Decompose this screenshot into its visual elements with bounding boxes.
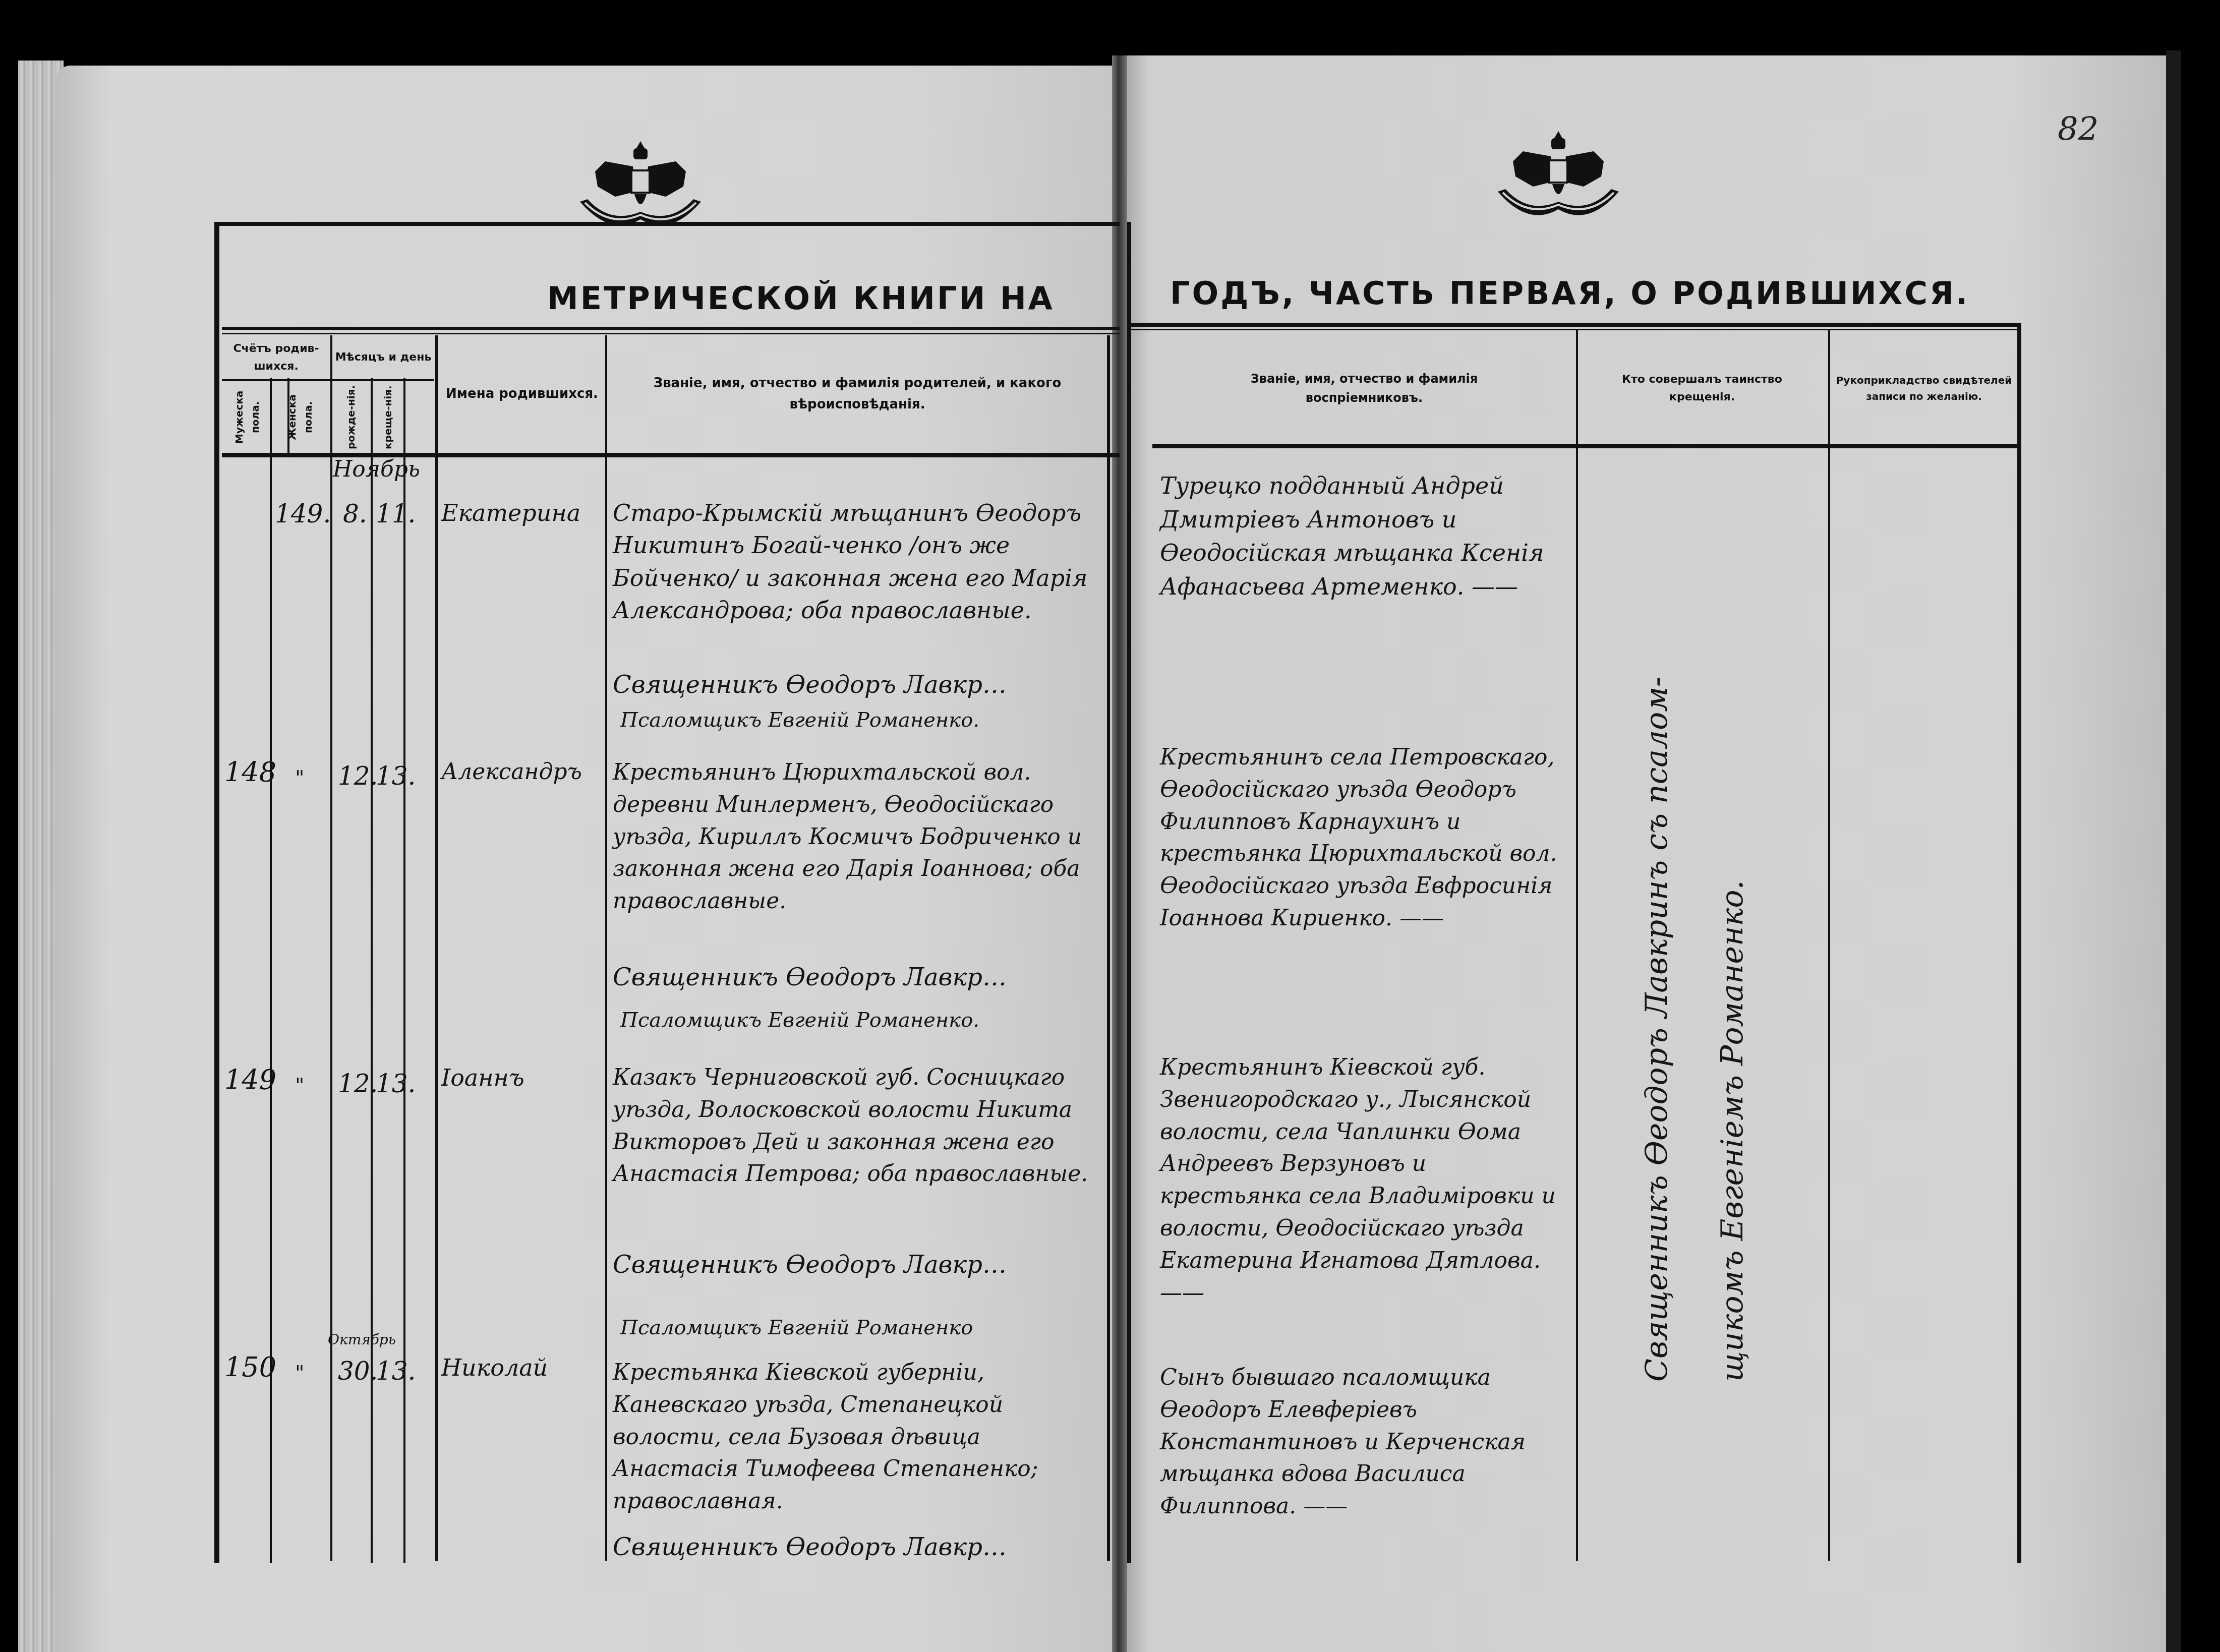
entry-godparents: Турецко подданный Андрей Дмитріевъ Антон… (1160, 469, 1573, 604)
entry-birth-day: 8. (343, 499, 367, 529)
left-frame-border (214, 222, 219, 1563)
entry-parents: Крестьянинъ Цюрихтальской вол. деревни М… (613, 756, 1102, 917)
column-divider (1828, 330, 1830, 1561)
imperial-eagle-emblem-icon (575, 131, 706, 232)
entry-child-name: Александръ (441, 759, 603, 785)
entry-child-name: Николай (441, 1354, 603, 1381)
header-rule (1127, 329, 2020, 330)
column-divider (435, 335, 438, 1561)
column-divider (605, 335, 607, 1561)
entry-female-number: " (295, 1074, 304, 1098)
left-frame-top (214, 222, 1120, 226)
entry-female-number: 149. (275, 499, 331, 529)
entry-birth-day: 30. (338, 1356, 378, 1386)
book-spine (1112, 55, 1127, 1652)
header-male: Мужеска пола. (224, 383, 270, 451)
header-priest: Кто совершалъ таинство крещенія. (1579, 333, 1826, 444)
header-rule (1127, 323, 2020, 327)
entry-male-number: 148 (224, 756, 276, 789)
entry-psalmist-signature: Псаломщикъ Евгеній Романенко. (620, 709, 979, 732)
entry-male-number: 150 (224, 1351, 276, 1384)
entry-month-note: Ноябрь (333, 456, 420, 483)
entry-birth-day: 12. (338, 761, 378, 791)
header-female: Женска пола. (272, 383, 328, 451)
entry-baptism-day: 11. (376, 499, 416, 529)
entry-male-number: 149 (224, 1064, 276, 1096)
priest-note-line-2: щикомъ Евгеніемъ Романенко. (1715, 880, 1750, 1382)
header-count-group: Счётъ родив-шихся. (222, 337, 330, 378)
entry-parents: Крестьянка Кіевской губерніи, Каневскаго… (613, 1356, 1102, 1517)
imperial-eagle-emblem-icon (1493, 121, 1624, 222)
header-baptism: креще-нія. (373, 383, 402, 451)
column-divider (1576, 330, 1578, 1561)
header-birth: рожде-нія. (333, 383, 369, 451)
title-left: МЕТРИЧЕСКОЙ КНИГИ НА (547, 280, 1055, 317)
header-parents: Званіе, имя, отчество и фамилія родителе… (610, 337, 1104, 452)
entry-godparents: Крестьянинъ Кіевской губ. Звенигородскаг… (1160, 1051, 1573, 1309)
entry-child-name: Екатерина (441, 499, 603, 526)
right-frame-right-border (2017, 323, 2021, 1563)
entry-baptism-day: 13. (376, 1069, 416, 1099)
header-names: Имена родившихся. (439, 337, 605, 452)
header-date-group: Мѣсяцъ и день (333, 337, 434, 378)
entry-godparents: Сынъ бывшаго псаломщика Өеодоръ Елевфері… (1160, 1362, 1573, 1522)
entry-parents: Старо-Крымскій мѣщанинъ Өеодоръ Никитинъ… (613, 497, 1102, 627)
entry-godparents: Крестьянинъ села Петровскаго, Өеодосійск… (1160, 741, 1573, 934)
entry-psalmist-signature: Псаломщикъ Евгеній Романенко. (620, 1009, 979, 1032)
title-right: ГОДЪ, ЧАСТЬ ПЕРВАЯ, О РОДИВШИХСЯ. (1170, 275, 1969, 312)
priest-note-line-1: Священникъ Өеодоръ Лавкринъ съ псалом- (1639, 677, 1674, 1382)
subheader-rule (222, 379, 434, 381)
entry-priest-signature: Священникъ Өеодоръ Лавкр… (613, 1251, 1007, 1279)
header-bottom-rule (1152, 444, 2017, 448)
entry-child-name: Іоаннъ (441, 1064, 603, 1091)
right-frame-left-border (1127, 222, 1131, 1563)
header-rule (222, 327, 1120, 330)
header-witnesses: Рукоприкладство свидѣтелей записи по жел… (1831, 333, 2017, 444)
entry-parents: Казакъ Черниговской губ. Сосницкаго уѣзд… (613, 1061, 1102, 1190)
entry-female-number: " (295, 1362, 304, 1385)
entry-birth-day: 12. (338, 1069, 378, 1099)
cover-edge (2166, 50, 2181, 1652)
column-divider (1107, 335, 1110, 1561)
page-number: 82 (2058, 111, 2098, 148)
entry-priest-signature: Священникъ Өеодоръ Лавкр… (613, 963, 1007, 992)
entry-priest-signature: Священникъ Өеодоръ Лавкр… (613, 1533, 1007, 1562)
entry-baptism-day: 13. (376, 1356, 416, 1386)
entry-psalmist-signature: Псаломщикъ Евгеній Романенко (620, 1316, 973, 1340)
entry-baptism-day: 13. (376, 761, 416, 791)
entry-month-note: Октябрь (328, 1331, 396, 1348)
header-rule (222, 333, 1120, 334)
entry-female-number: " (295, 766, 304, 790)
column-divider (270, 378, 272, 1563)
header-godparents: Званіе, имя, отчество и фамилія воспріем… (1155, 333, 1573, 444)
entry-priest-signature: Священникъ Өеодоръ Лавкр… (613, 671, 1007, 699)
